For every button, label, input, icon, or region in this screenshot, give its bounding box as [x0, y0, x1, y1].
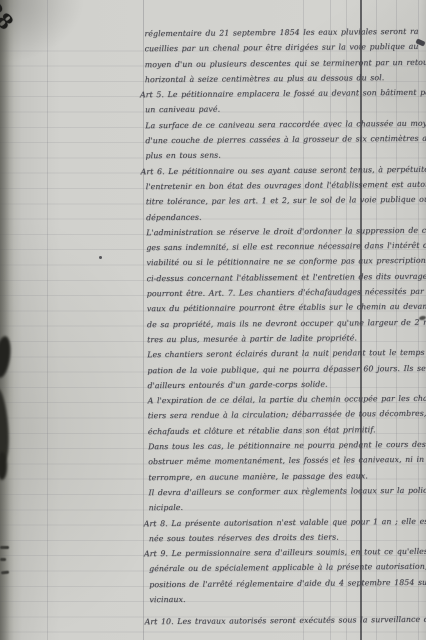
manuscript-line: Les chantiers seront éclairés durant la …	[147, 345, 426, 363]
manuscript-line: Il devra d'ailleurs se conformer aux règ…	[148, 483, 426, 501]
edge-mark	[0, 546, 9, 549]
manuscript-page: 28 réglementaire du 21 septembre 1854 le…	[0, 0, 426, 640]
manuscript-line: tiers sera rendue à la circulation; déba…	[148, 406, 426, 424]
margin-line-outer	[47, 0, 48, 640]
manuscript-line: titre tolérance, par les art. 1 et 2, su…	[146, 192, 425, 210]
manuscript-line: vicinaux.	[149, 590, 426, 608]
ink-speck	[99, 256, 102, 259]
manuscript-line: d'une couche de pierres cassées à la gro…	[145, 131, 424, 149]
manuscript-line: Art 5. Le pétitionnaire emplacera le fos…	[140, 85, 424, 103]
binding-edge	[0, 0, 14, 640]
manuscript-text: réglementaire du 21 septembre 1854 les e…	[144, 24, 426, 630]
manuscript-line: Art 10. Les travaux autorisés seront exé…	[145, 612, 426, 630]
manuscript-line: Art 8. La présente autorisation n'est va…	[144, 513, 426, 531]
manuscript-line: pation de la voie publique, qui ne pourr…	[147, 360, 426, 378]
manuscript-line: obstruer même momentanément, les fossés …	[148, 452, 426, 470]
manuscript-line: de sa propriété, mais ils ne devront occ…	[147, 314, 426, 332]
manuscript-line: positions de l'arrêté réglementaire d'ai…	[149, 574, 426, 592]
edge-mark	[0, 558, 6, 561]
